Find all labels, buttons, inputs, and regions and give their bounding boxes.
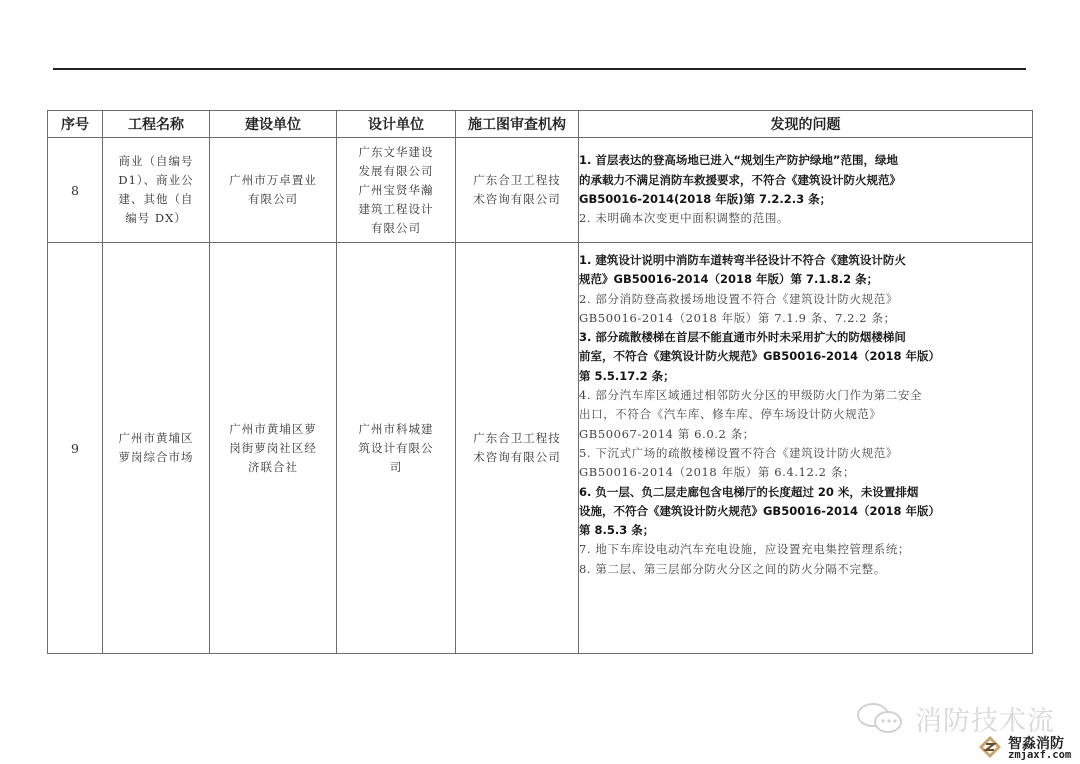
fire-review-issues-table: 序号 工程名称 建设单位 设计单位 施工图审查机构 发现的问题 8 商业（自编号… (47, 110, 1033, 654)
text-line: 广州市科城建 (337, 420, 455, 439)
issue-item: 2. 未明确本次变更中面积调整的范围。 (579, 209, 1032, 228)
text-line: D1）、商业公 (103, 171, 209, 190)
text-line: 出口，不符合《汽车库、修车库、停车场设计防火规范》 (579, 405, 1032, 424)
issue-item: 3. 部分疏散楼梯在首层不能直通市外时未采用扩大的防烟楼梯间 前室，不符合《建筑… (579, 328, 1032, 386)
header-reviewer: 施工图审查机构 (456, 111, 579, 138)
text-line: 4. 部分汽车库区域通过相邻防火分区的甲级防火门作为第二安全 (579, 386, 1032, 405)
text-line: 5. 下沉式广场的疏散楼梯设置不符合《建筑设计防火规范》 (579, 444, 1032, 463)
header-no: 序号 (48, 111, 103, 138)
text-line: 1. 建筑设计说明中消防车道转弯半径设计不符合《建筑设计防火 (579, 251, 1032, 270)
text-line: 建、其他（自 (103, 190, 209, 209)
wechat-icon (855, 701, 905, 735)
text-line: 2. 未明确本次变更中面积调整的范围。 (579, 209, 1032, 228)
text-line: 3. 部分疏散楼梯在首层不能直通市外时未采用扩大的防烟楼梯间 (579, 328, 1032, 347)
cell-builder: 广州市黄埔区萝 岗街萝岗社区经 济联合社 (210, 243, 337, 654)
text-line: 商业（自编号 (103, 152, 209, 171)
issue-item: 7. 地下车库设电动汽车充电设施，应设置充电集控管理系统； (579, 540, 1032, 559)
table-row: 9 广州市黄埔区 萝岗综合市场 广州市黄埔区萝 岗街萝岗社区经 济联合社 广州市… (48, 243, 1033, 654)
table-header-row: 序号 工程名称 建设单位 设计单位 施工图审查机构 发现的问题 (48, 111, 1033, 138)
text-line: 济联合社 (210, 458, 336, 477)
issue-item: 5. 下沉式广场的疏散楼梯设置不符合《建筑设计防火规范》 GB50016-201… (579, 444, 1032, 483)
cell-builder: 广州市万卓置业 有限公司 (210, 138, 337, 243)
text-line: 2. 部分消防登高救援场地设置不符合《建筑设计防火规范》 (579, 290, 1032, 309)
text-line: 广州市黄埔区萝 (210, 420, 336, 439)
text-line: 前室，不符合《建筑设计防火规范》GB50016-2014（2018 年版） (579, 347, 1032, 366)
text-line: 术咨询有限公司 (456, 190, 578, 209)
text-line: 岗街萝岗社区经 (210, 439, 336, 458)
cell-designer: 广东文华建设 发展有限公司 广州宝贤华瀚 建筑工程设计 有限公司 (337, 138, 456, 243)
cell-issues: 1. 建筑设计说明中消防车道转弯半径设计不符合《建筑设计防火 规范》GB5001… (579, 243, 1033, 654)
issue-item: 1. 首层表达的登高场地已进入“规划生产防护绿地”范围，绿地 的承载力不满足消防… (579, 151, 1032, 209)
header-designer: 设计单位 (337, 111, 456, 138)
issue-item: 4. 部分汽车库区域通过相邻防火分区的甲级防火门作为第二安全 出口，不符合《汽车… (579, 386, 1032, 444)
text-line: 筑设计有限公 (337, 439, 455, 458)
text-line: GB50016-2014（2018 年版）第 7.1.9 条、7.2.2 条； (579, 309, 1032, 328)
text-line: 术咨询有限公司 (456, 448, 578, 467)
issue-item: 1. 建筑设计说明中消防车道转弯半径设计不符合《建筑设计防火 规范》GB5001… (579, 251, 1032, 290)
cell-no: 8 (48, 138, 103, 243)
cell-designer: 广州市科城建 筑设计有限公 司 (337, 243, 456, 654)
text-line: 规范》GB50016-2014（2018 年版）第 7.1.8.2 条； (579, 270, 1032, 289)
text-line: 萝岗综合市场 (103, 448, 209, 467)
text-line: 1. 首层表达的登高场地已进入“规划生产防护绿地”范围，绿地 (579, 151, 1032, 170)
text-line: 设施，不符合《建筑设计防火规范》GB50016-2014（2018 年版） (579, 502, 1032, 521)
brand-logo-icon (978, 735, 1002, 759)
text-line: 8. 第二层、第三层部分防火分区之间的防火分隔不完整。 (579, 560, 1032, 579)
text-line: 第 5.5.17.2 条； (579, 367, 1032, 386)
header-builder: 建设单位 (210, 111, 337, 138)
text-line: 司 (337, 458, 455, 477)
table-row: 8 商业（自编号 D1）、商业公 建、其他（自 编号 DX） 广州市万卓置业 有… (48, 138, 1033, 243)
text-line: 编号 DX） (103, 209, 209, 228)
cell-reviewer: 广东合卫工程技 术咨询有限公司 (456, 243, 579, 654)
text-line: 广州市万卓置业 (210, 171, 336, 190)
text-line: 的承载力不满足消防车救援要求，不符合《建筑设计防火规范》 (579, 171, 1032, 190)
header-issues: 发现的问题 (579, 111, 1033, 138)
text-line: GB50016-2014（2018 年版）第 6.4.12.2 条； (579, 463, 1032, 482)
cell-reviewer: 广东合卫工程技 术咨询有限公司 (456, 138, 579, 243)
cell-project: 广州市黄埔区 萝岗综合市场 (103, 243, 210, 654)
text-line: 有限公司 (337, 219, 455, 238)
text-line: 广东合卫工程技 (456, 429, 578, 448)
text-line: GB50067-2014 第 6.0.2 条； (579, 425, 1032, 444)
cell-project: 商业（自编号 D1）、商业公 建、其他（自 编号 DX） (103, 138, 210, 243)
cell-no: 9 (48, 243, 103, 654)
cell-issues: 1. 首层表达的登高场地已进入“规划生产防护绿地”范围，绿地 的承载力不满足消防… (579, 138, 1033, 243)
issue-item: 8. 第二层、第三层部分防火分区之间的防火分隔不完整。 (579, 560, 1032, 579)
text-line: 第 8.5.3 条； (579, 521, 1032, 540)
watermark: 消防技术流 智淼消防 zmjaxf.com (855, 697, 1075, 763)
text-line: 6. 负一层、负二层走廊包含电梯厅的长度超过 20 米，未设置排烟 (579, 483, 1032, 502)
text-line: 广东文华建设 (337, 143, 455, 162)
text-line: 广东合卫工程技 (456, 171, 578, 190)
text-line: 发展有限公司 (337, 162, 455, 181)
header-project: 工程名称 (103, 111, 210, 138)
issue-item: 6. 负一层、负二层走廊包含电梯厅的长度超过 20 米，未设置排烟 设施，不符合… (579, 483, 1032, 541)
page-header-rule (53, 68, 1026, 70)
watermark-url: zmjaxf.com (1008, 749, 1071, 761)
text-line: GB50016-2014(2018 年版)第 7.2.2.3 条； (579, 190, 1032, 209)
text-line: 7. 地下车库设电动汽车充电设施，应设置充电集控管理系统； (579, 540, 1032, 559)
text-line: 广州宝贤华瀚 (337, 181, 455, 200)
text-line: 广州市黄埔区 (103, 429, 209, 448)
text-line: 有限公司 (210, 190, 336, 209)
text-line: 建筑工程设计 (337, 200, 455, 219)
issue-item: 2. 部分消防登高救援场地设置不符合《建筑设计防火规范》 GB50016-201… (579, 290, 1032, 329)
